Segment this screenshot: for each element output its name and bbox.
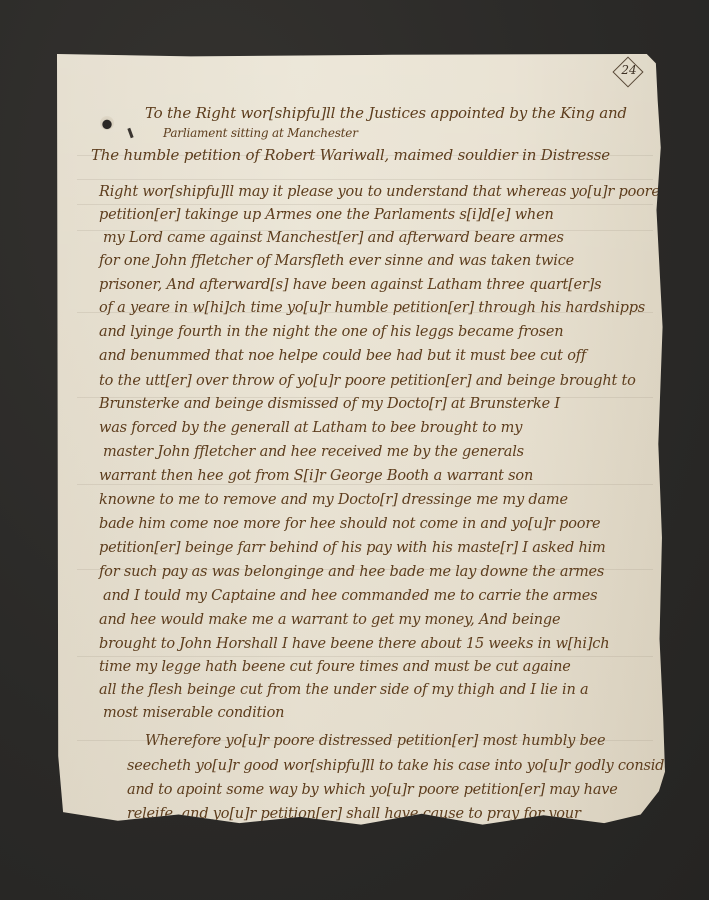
body-line: time my legge hath beene cut foure times…: [99, 658, 571, 676]
body-line: warrant then hee got from S[i]r George B…: [99, 467, 533, 485]
manuscript-page: 24 To the Right wor[shipfu]ll the Justic…: [57, 54, 665, 834]
prayer-line: Wherefore yo[u]r poore distressed petiti…: [145, 732, 605, 750]
body-line: petition[er] beinge farr behind of his p…: [99, 539, 606, 557]
body-line: for such pay as was belonginge and hee b…: [99, 563, 604, 581]
address-line-1: To the Right wor[shipfu]ll the Justices …: [145, 104, 627, 122]
body-line: master John ffletcher and hee received m…: [103, 443, 524, 461]
prayer-line: seecheth yo[u]r good wor[shipfu]ll to ta…: [127, 757, 709, 775]
body-line: my Lord came against Manchest[er] and af…: [103, 229, 564, 247]
body-line: Right wor[shipfu]ll may it please you to…: [99, 183, 660, 201]
body-line: and lyinge fourth in the night the one o…: [99, 323, 563, 341]
paper-tear-mark: [127, 128, 133, 138]
body-line: was forced by the generall at Latham to …: [99, 419, 522, 437]
body-line: of a yeare in w[hi]ch time yo[u]r humble…: [99, 299, 645, 317]
body-line: Brunsterke and beinge dismissed of my Do…: [99, 395, 560, 413]
address-line-2: Parliament sitting at Manchester: [163, 124, 358, 142]
petition-heading: The humble petition of Robert Wariwall, …: [91, 146, 610, 164]
body-line: prisoner, And afterward[s] have been aga…: [99, 276, 601, 294]
body-line: and benummed that noe helpe could bee ha…: [99, 347, 586, 365]
prayer-line: and to apoint some way by which yo[u]r p…: [127, 781, 618, 799]
body-line: and I tould my Captaine and hee commande…: [103, 587, 597, 605]
body-line: petition[er] takinge up Armes one the Pa…: [99, 206, 554, 224]
ruled-line: [77, 204, 653, 205]
ruled-line: [77, 179, 653, 180]
body-line: most miserable condition: [103, 704, 284, 722]
body-line: bade him come noe more for hee should no…: [99, 515, 600, 533]
body-line: to the utt[er] over throw of yo[u]r poor…: [99, 372, 636, 390]
body-line: for one John ffletcher of Marsfleth ever…: [99, 252, 574, 270]
body-line: all the flesh beinge cut from the under …: [99, 681, 588, 699]
folio-number: 24: [617, 63, 641, 77]
body-line: brought to John Horshall I have beene th…: [99, 635, 609, 653]
body-line: knowne to me to remove and my Docto[r] d…: [99, 491, 568, 509]
ruled-line: [77, 656, 653, 657]
binding-hole: [100, 116, 114, 130]
body-line: and hee would make me a warrant to get m…: [99, 611, 560, 629]
